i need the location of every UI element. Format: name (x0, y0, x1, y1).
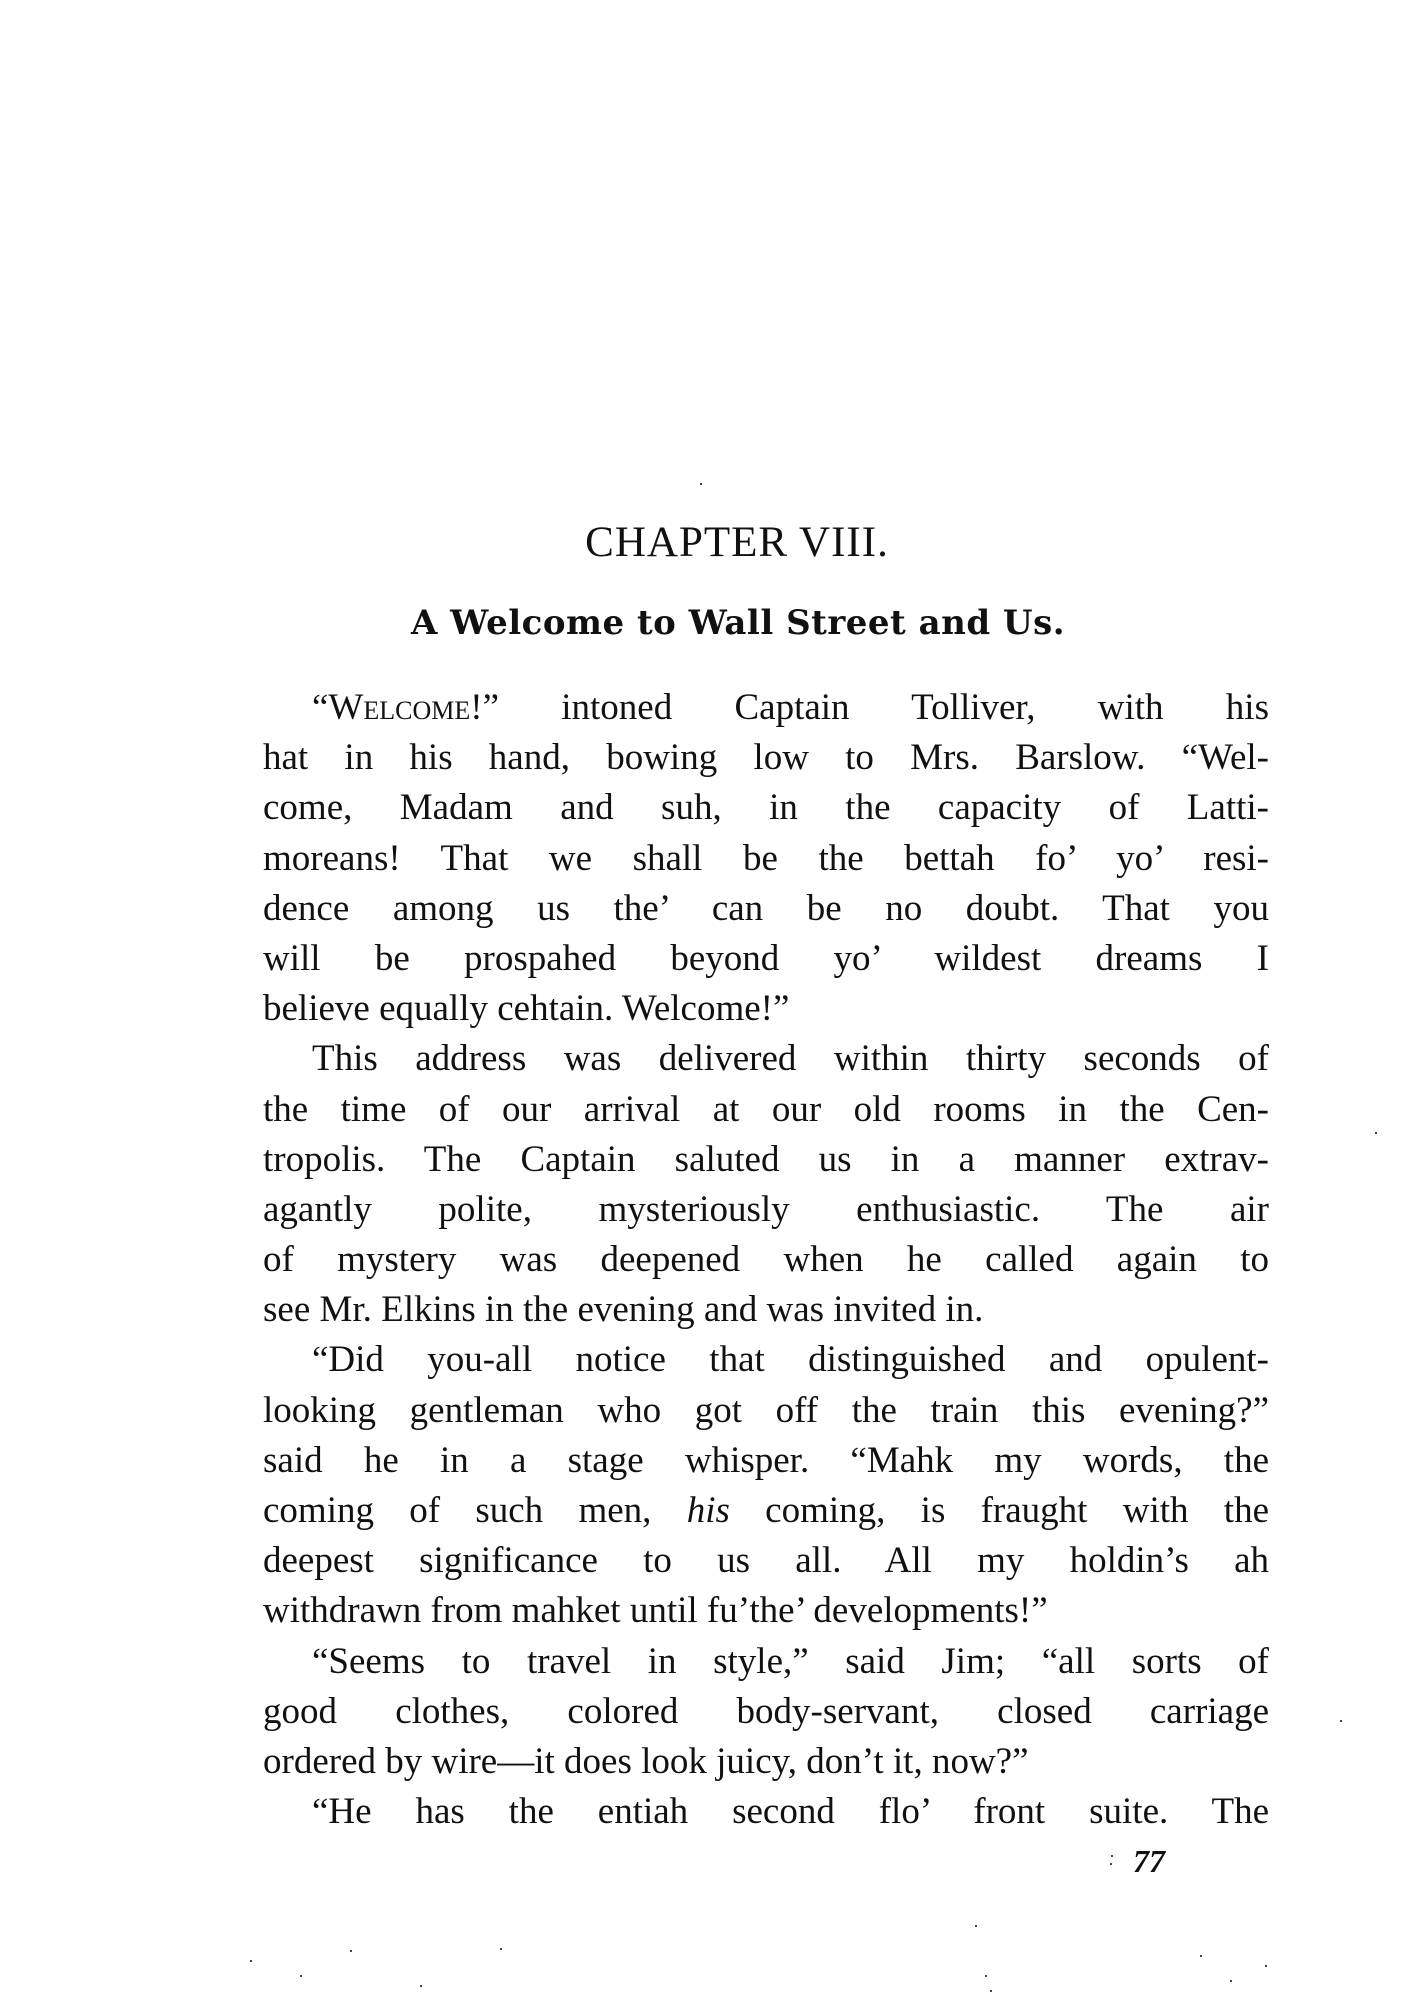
body-text: “Welcome!” intoned Captain Tolliver, wit… (263, 683, 1269, 1837)
page-number: 77 (1133, 1843, 1165, 1880)
text-span-smallcaps: “Welcome! (312, 687, 483, 728)
text-line: “He has the entiah second flo’ front sui… (263, 1787, 1269, 1837)
text-line: come, Madam and suh, in the capacity of … (263, 783, 1269, 833)
text-line: “Seems to travel in style,” said Jim; “a… (263, 1637, 1269, 1687)
text-span-italic: his (687, 1490, 730, 1531)
speckle (500, 1948, 502, 1950)
chapter-heading: CHAPTER VIII. (0, 518, 1406, 567)
speckle (1110, 1863, 1112, 1865)
text-line: of mystery was deepened when he called a… (263, 1235, 1269, 1285)
text-line: coming of such men, his coming, is fraug… (263, 1486, 1269, 1536)
text-line: said he in a stage whisper. “Mahk my wor… (263, 1436, 1269, 1486)
speckle (1230, 1980, 1232, 1982)
text-line: believe equally cehtain. Welcome!” (263, 984, 1269, 1034)
speckle (350, 1950, 352, 1952)
speckle (985, 1975, 987, 1977)
speckle (420, 1985, 422, 1987)
speckle (300, 1975, 302, 1977)
text-line: deepest significance to us all. All my h… (263, 1536, 1269, 1586)
text-span: ” intoned Captain Tolliver, with his (483, 687, 1269, 728)
text-line: hat in his hand, bowing low to Mrs. Bars… (263, 733, 1269, 783)
text-line: the time of our arrival at our old rooms… (263, 1085, 1269, 1135)
text-line: see Mr. Elkins in the evening and was in… (263, 1285, 1269, 1335)
speckle (975, 1925, 977, 1927)
text-line: dence among us the’ can be no doubt. Tha… (263, 884, 1269, 934)
text-line: tropolis. The Captain saluted us in a ma… (263, 1135, 1269, 1185)
speckle (1375, 1132, 1377, 1134)
text-span: coming, is fraught with the (730, 1490, 1269, 1531)
text-line: “Did you-all notice that distinguished a… (263, 1335, 1269, 1385)
text-line: This address was delivered within thirty… (263, 1034, 1269, 1084)
speckle (700, 483, 702, 485)
text-line: good clothes, colored body-servant, clos… (263, 1687, 1269, 1737)
text-line: “Welcome!” intoned Captain Tolliver, wit… (263, 683, 1269, 733)
text-line: moreans! That we shall be the bettah fo’… (263, 834, 1269, 884)
speckle (1111, 1855, 1113, 1857)
speckle (250, 1960, 252, 1962)
text-line: withdrawn from mahket until fu’the’ deve… (263, 1586, 1269, 1636)
text-line: will be prospahed beyond yo’ wildest dre… (263, 934, 1269, 984)
speckle (1340, 1720, 1342, 1722)
text-line: looking gentleman who got off the train … (263, 1386, 1269, 1436)
chapter-subtitle: A Welcome to Wall Street and Us. (0, 603, 1406, 643)
speckle (990, 1990, 992, 1992)
text-span: coming of such men, (263, 1490, 687, 1531)
text-line: agantly polite, mysteriously enthusiasti… (263, 1185, 1269, 1235)
speckle (1200, 1955, 1202, 1957)
book-page: CHAPTER VIII. A Welcome to Wall Street a… (0, 0, 1406, 2004)
speckle (1265, 1965, 1267, 1967)
text-line: ordered by wire—it does look juicy, don’… (263, 1737, 1269, 1787)
